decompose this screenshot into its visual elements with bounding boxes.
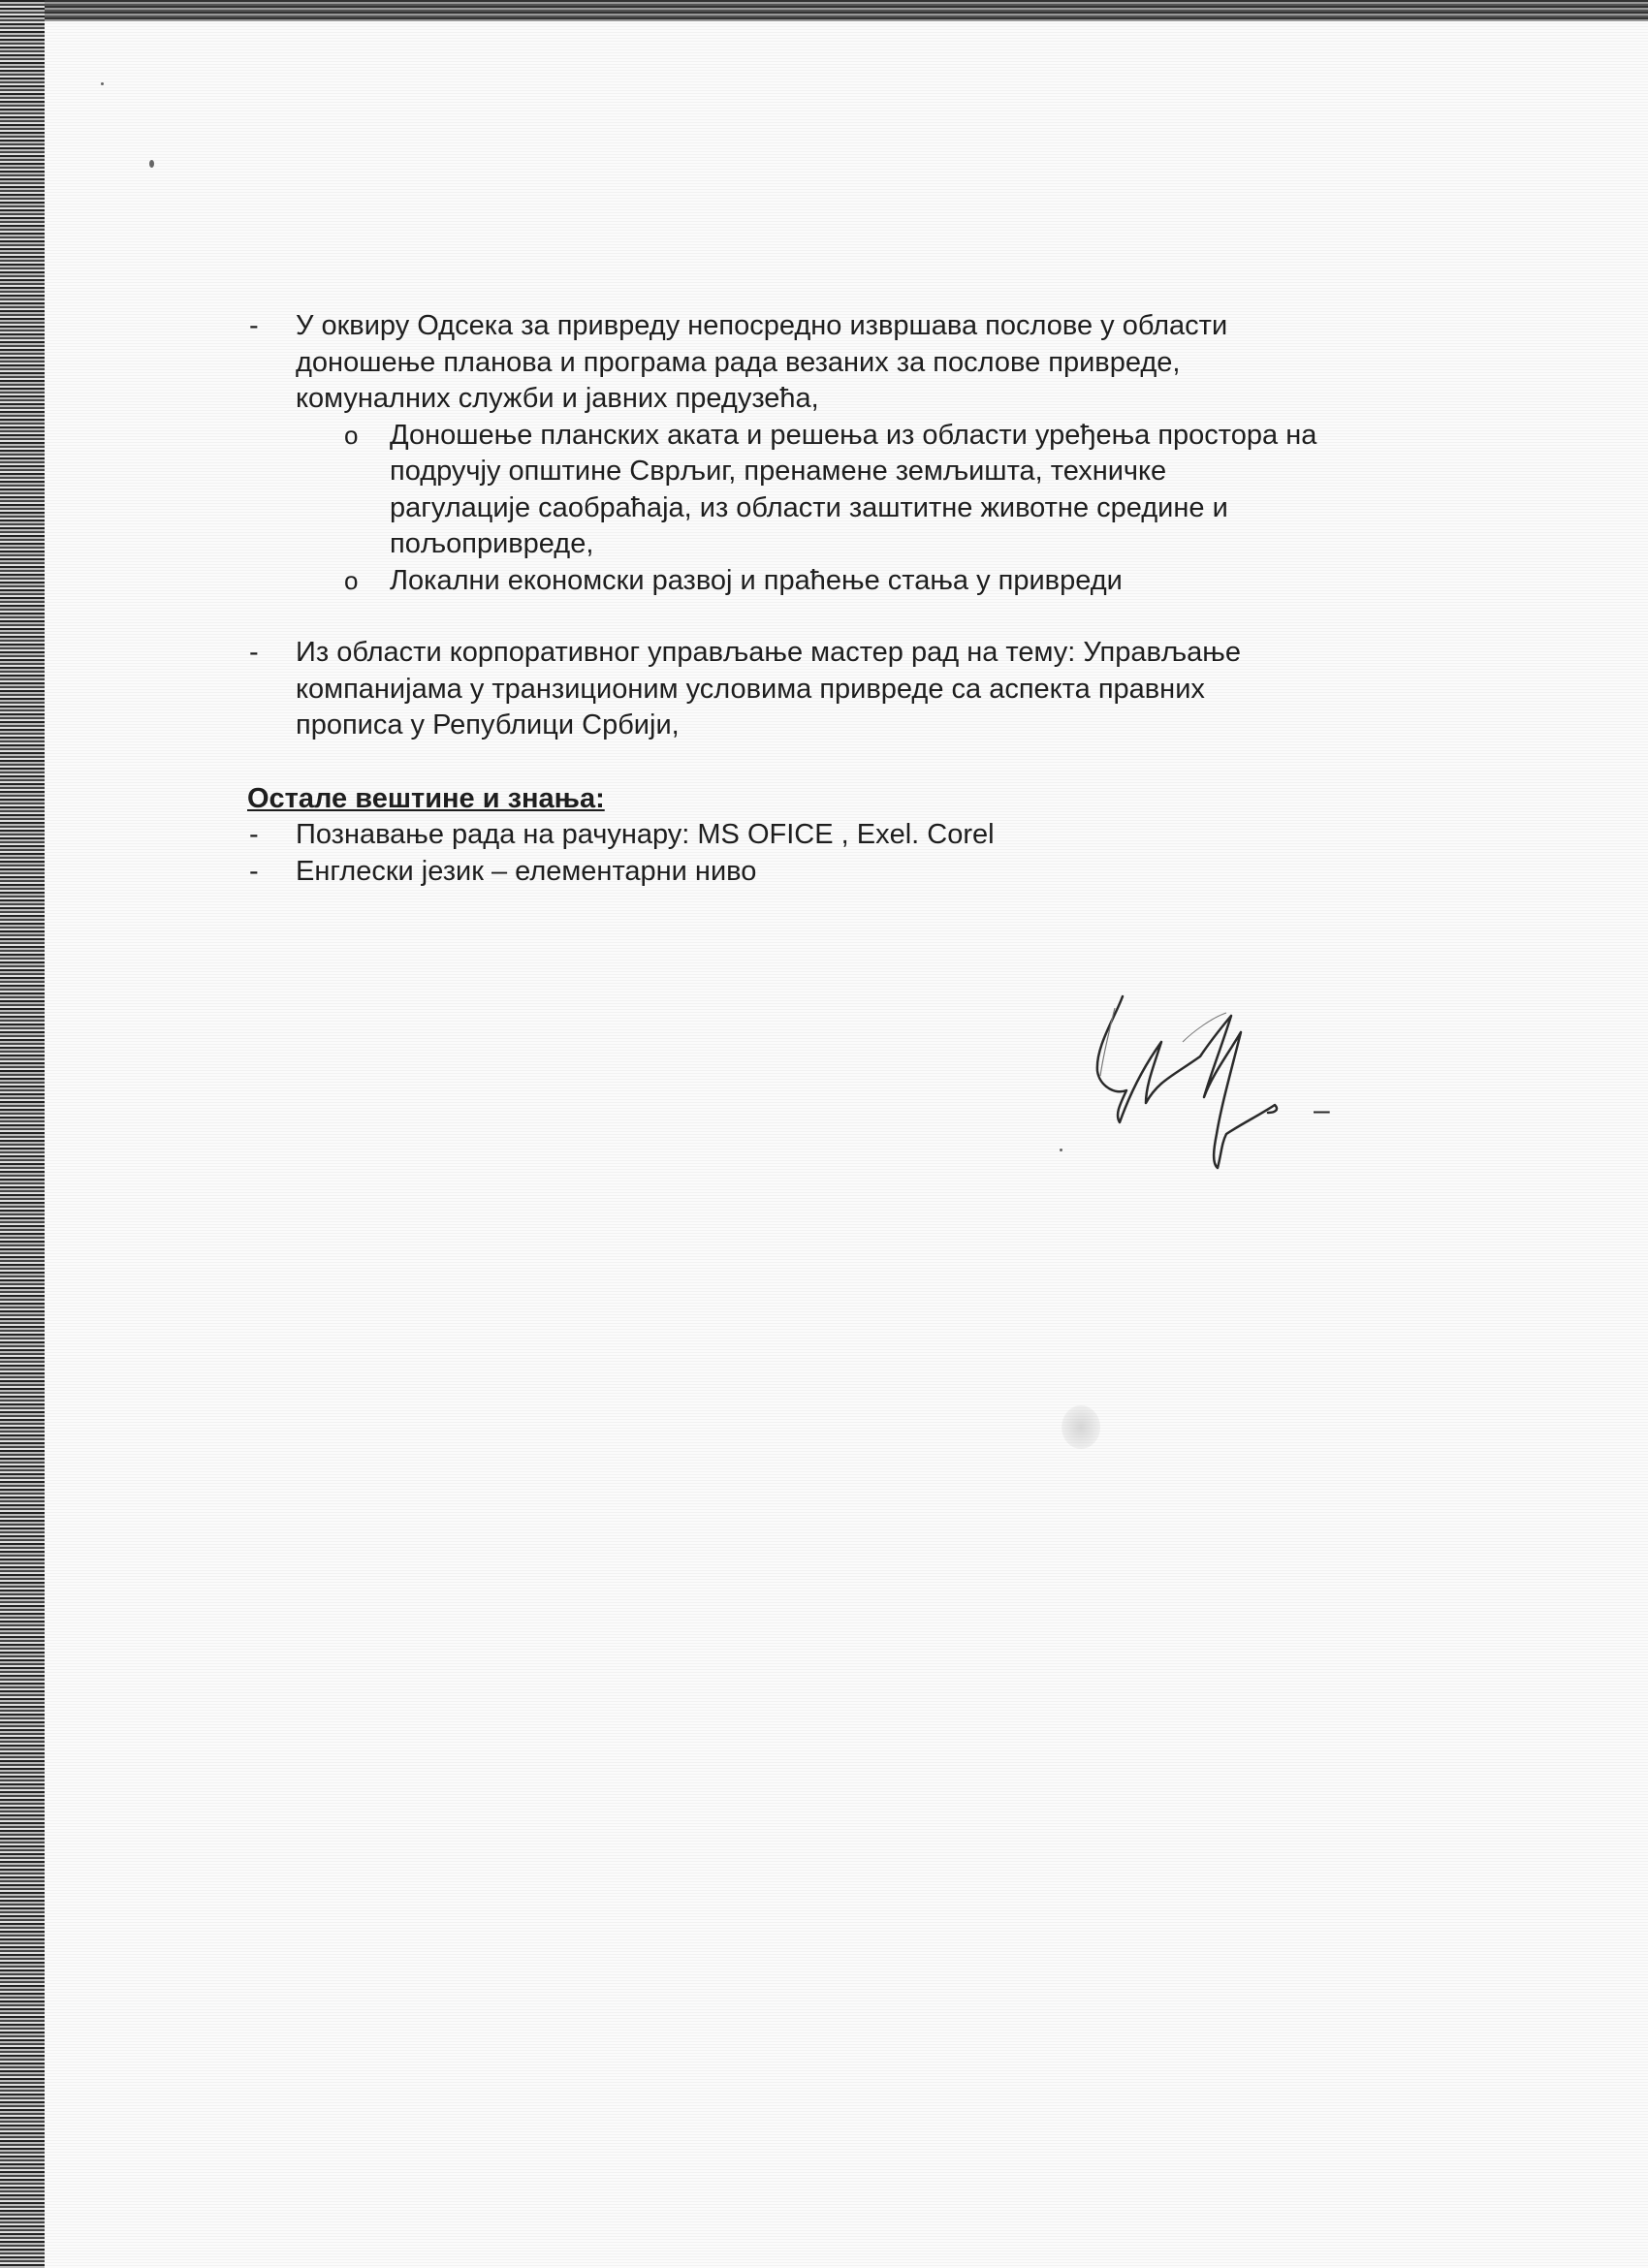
circle-bullet-icon: o [344,563,358,600]
dash-marker: - [249,854,259,891]
scan-smudge [1062,1405,1100,1449]
scan-speck [101,82,104,85]
signature-trailing-mark: – [1314,1094,1330,1126]
text-line: компанијама у транзиционим условима прив… [296,672,1410,709]
text-line: рагулације саобраћаја, из области заштит… [390,490,1410,527]
circle-bullet-icon: o [344,418,358,455]
scan-edge-top [0,0,1648,21]
scan-edge-left [0,0,45,2268]
text-line: подручју општине Сврљиг, пренамене земљи… [390,454,1410,490]
text-line: комуналних служби и јавних предузећа, [296,381,1410,418]
text-line: Доношење планских аката и решења из обла… [390,418,1410,455]
dash-marker: - [249,635,259,672]
text-line: У оквиру Одсека за привреду непосредно и… [296,308,1410,345]
document-body: - У оквиру Одсека за привреду непосредно… [247,308,1410,890]
dash-marker: - [249,817,259,854]
section-heading-other-skills: Остале вештине и знања: [247,781,1410,818]
list-item-master-thesis: - Из области корпоративног управљање мас… [247,635,1410,744]
text-line: пољопривреде, [390,526,1410,563]
list-item-english-level: - Енглески језик – елементарни ниво [247,854,1410,891]
list-item-department-duties: - У оквиру Одсека за привреду непосредно… [247,308,1410,418]
scan-speck [1060,1149,1062,1151]
text-line: Из области корпоративног управљање масте… [296,635,1410,672]
handwritten-signature: – [1076,989,1367,1182]
list-item-computer-skills: - Познавање рада на рачунару: MS OFICE ,… [247,817,1410,854]
sub-item-spatial-planning: o Доношење планских аката и решења из об… [247,418,1410,563]
scan-speck [149,160,154,168]
text-line: Локални економски развој и праћење стања… [390,563,1410,600]
text-line: Познавање рада на рачунару: MS OFICE , E… [296,817,1410,854]
dash-marker: - [249,308,259,345]
sub-item-economic-development: o Локални економски развој и праћење ста… [247,563,1410,600]
text-line: доношење планова и програма рада везаних… [296,345,1410,382]
text-line: прописа у Републици Србији, [296,708,1410,744]
text-line: Енглески језик – елементарни ниво [296,854,1410,891]
